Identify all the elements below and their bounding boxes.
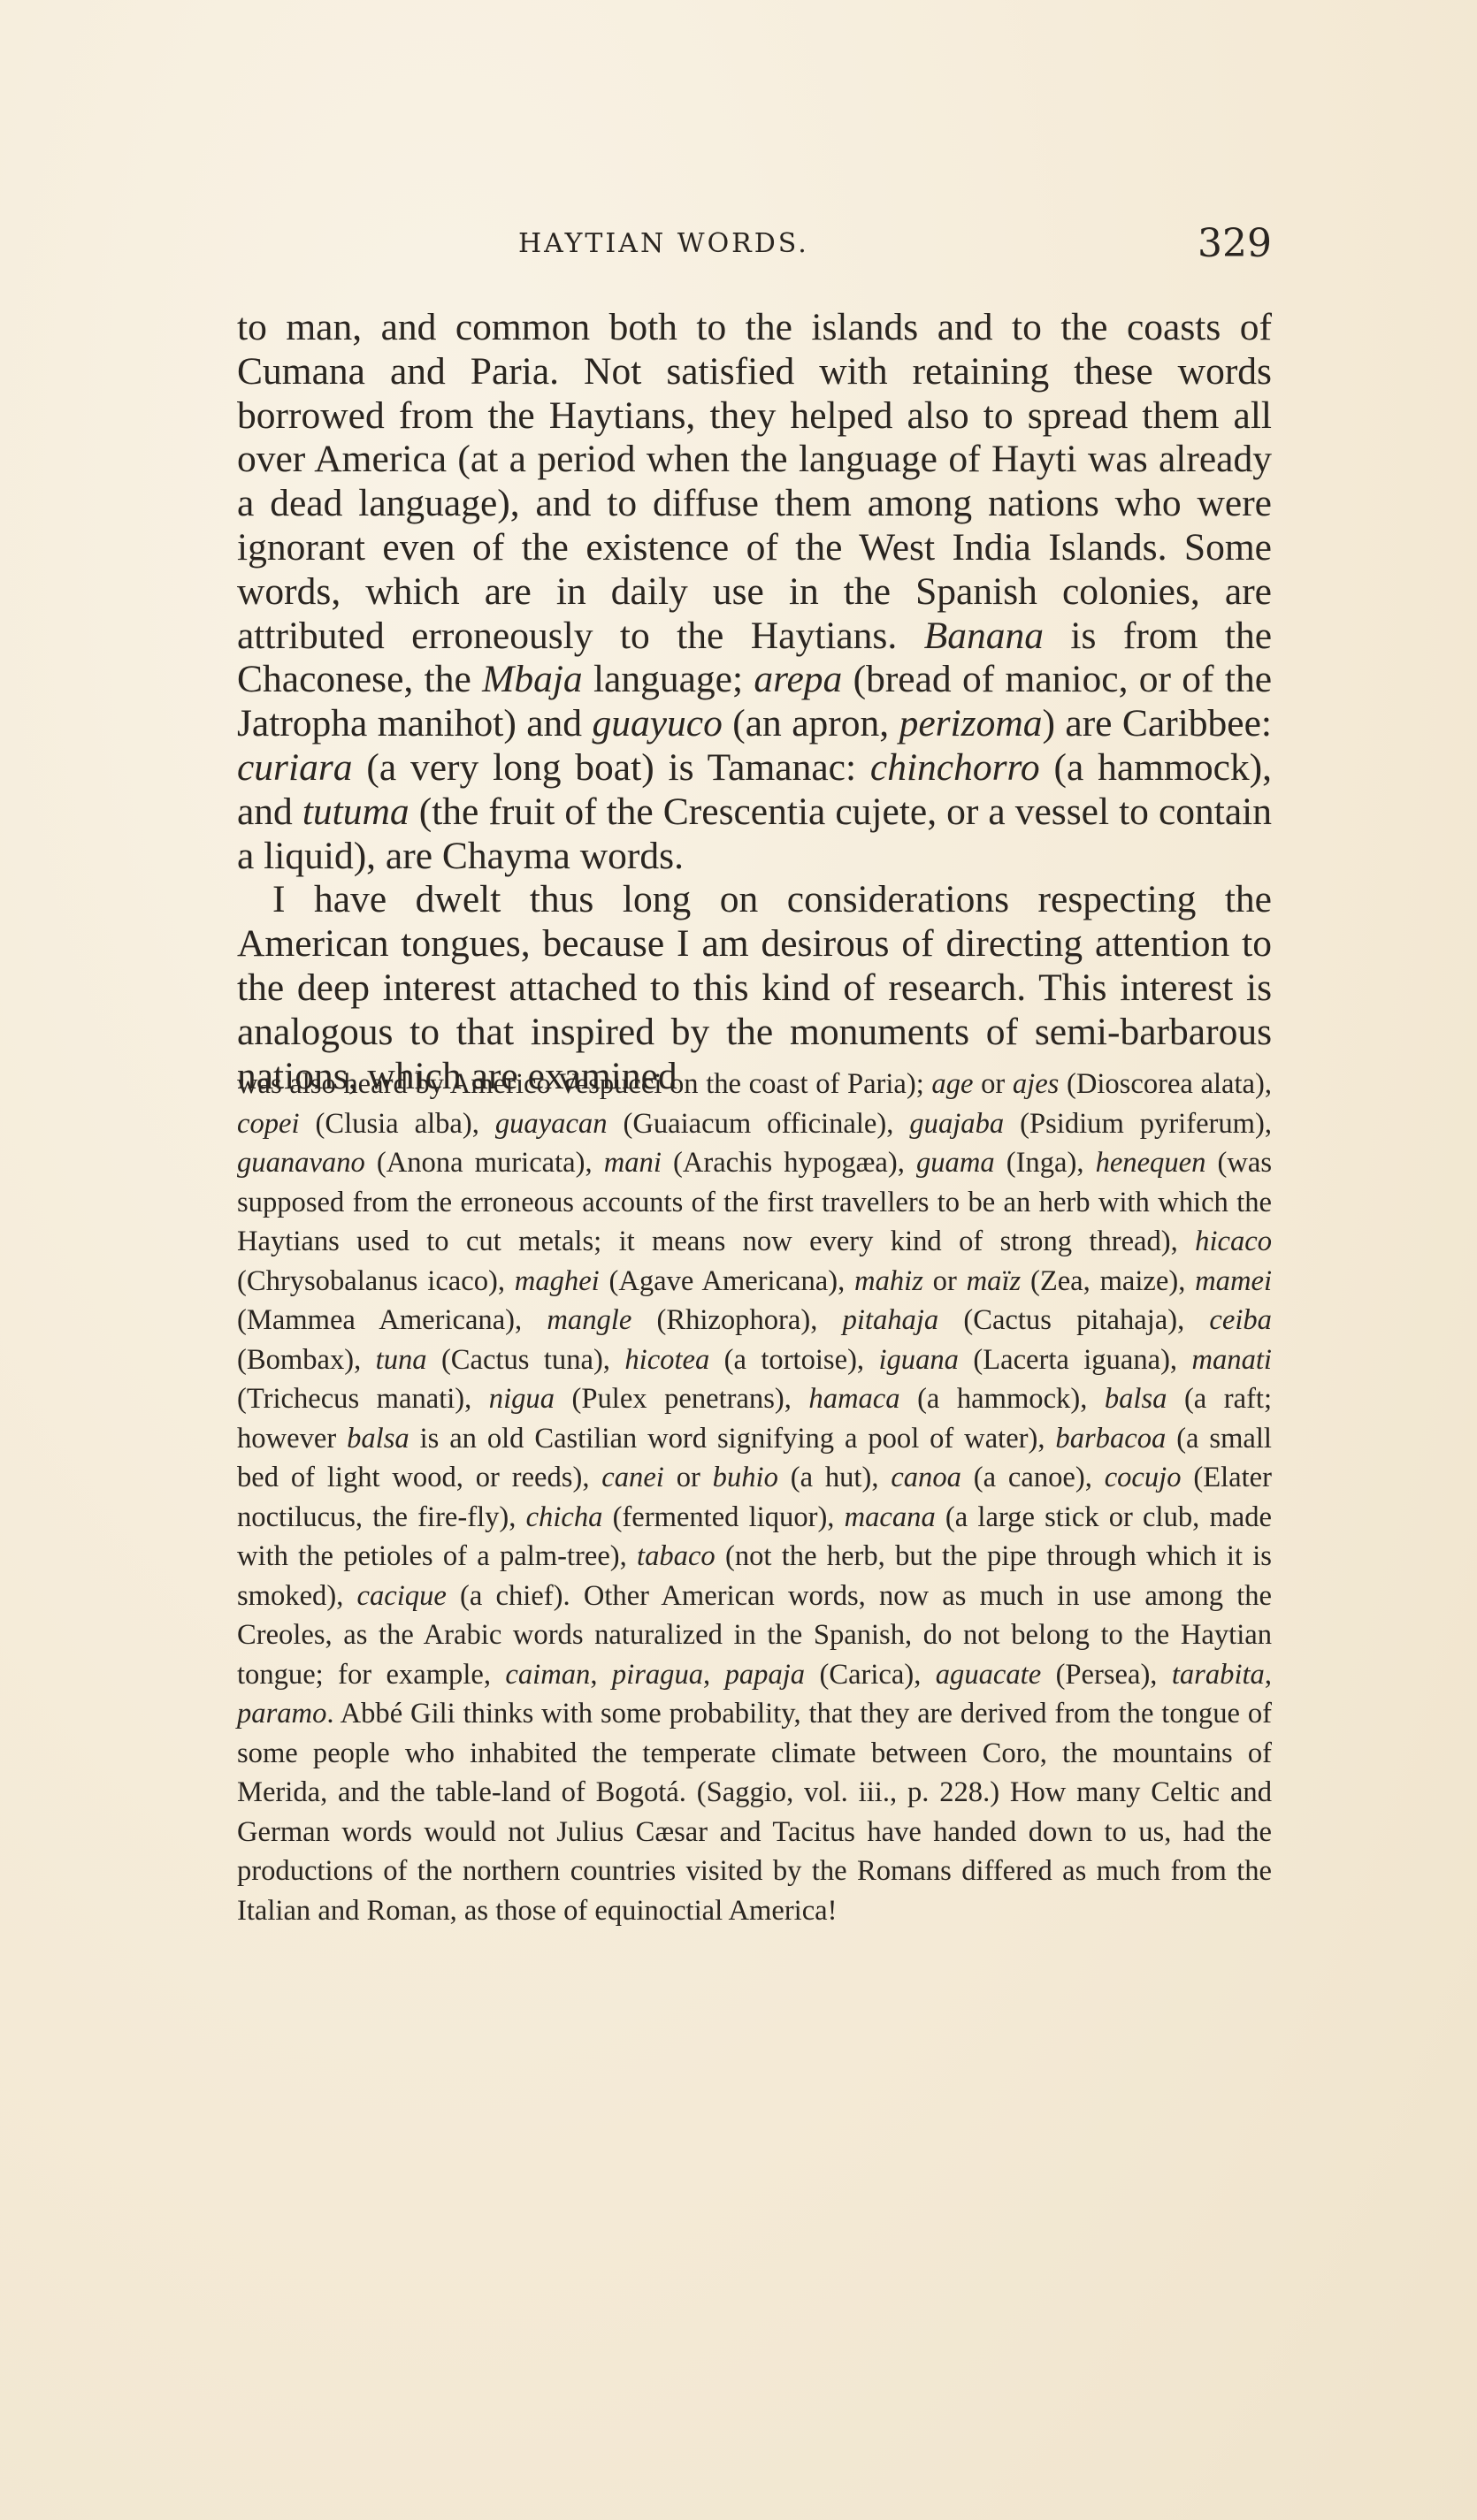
text-run: was also heard by Americo Vespucci on th… (237, 1068, 931, 1100)
italic-term: mamei (1195, 1265, 1272, 1297)
text-run: (Pulex penetrans), (555, 1383, 808, 1415)
text-run: or (973, 1068, 1012, 1100)
main-text: to man, and common both to the islands a… (237, 306, 1272, 1098)
text-run: (Agave Americana), (600, 1265, 854, 1297)
text-run: (Arachis hypogæa), (662, 1147, 916, 1179)
italic-term: curiara (237, 746, 353, 789)
italic-term: Banana (924, 615, 1044, 657)
text-run: (Clusia alba), (300, 1108, 495, 1140)
text-run: (Trichecus manati), (237, 1383, 489, 1415)
text-run: (Chrysobalanus icaco), (237, 1265, 515, 1297)
italic-term: ceiba (1209, 1304, 1272, 1336)
text-run: (Zea, maize), (1021, 1265, 1195, 1297)
italic-term: arepa (754, 658, 842, 700)
italic-term: aguacate (936, 1659, 1041, 1691)
footnote-text: was also heard by Americo Vespucci on th… (237, 1065, 1272, 1930)
text-run: (Guaiacum officinale), (608, 1108, 910, 1140)
italic-term: balsa (347, 1423, 409, 1455)
text-run: (an apron, (723, 702, 899, 745)
italic-term: nigua (489, 1383, 555, 1415)
text-run: ) are Caribbee: (1042, 702, 1272, 745)
italic-term: guajaba (909, 1108, 1004, 1140)
text-run: (Bombax), (237, 1344, 376, 1376)
text-run: . Abbé Gili thinks with some probability… (237, 1698, 1272, 1927)
text-run: , (590, 1659, 612, 1691)
italic-term: mani (604, 1147, 662, 1179)
italic-term: piragua (612, 1659, 703, 1691)
italic-term: caiman (505, 1659, 590, 1691)
text-run: (Inga), (995, 1147, 1096, 1179)
italic-term: paramo (237, 1698, 326, 1730)
text-run: to man, and common both to the islands a… (237, 306, 1272, 657)
italic-term: balsa (1105, 1383, 1167, 1415)
text-run: (Psidium pyriferum), (1004, 1108, 1272, 1140)
italic-term: perizoma (899, 702, 1043, 745)
italic-term: guayacan (495, 1108, 608, 1140)
text-run: (Dioscorea alata), (1059, 1068, 1272, 1100)
italic-term: ajes (1013, 1068, 1059, 1100)
text-run: , (1265, 1659, 1272, 1691)
text-run: (a canoe), (961, 1462, 1105, 1493)
italic-term: barbacoa (1055, 1423, 1166, 1455)
italic-term: henequen (1096, 1147, 1206, 1179)
text-run: (Cactus tuna), (427, 1344, 625, 1376)
text-run: (Carica), (805, 1659, 936, 1691)
italic-term: macana (845, 1501, 936, 1533)
italic-term: guayuco (592, 702, 722, 745)
italic-term: tutuma (302, 790, 409, 833)
italic-term: cacique (357, 1580, 447, 1612)
italic-term: tuna (376, 1344, 427, 1376)
italic-term: hamaca (808, 1383, 899, 1415)
italic-term: chicha (526, 1501, 603, 1533)
italic-term: cocujo (1105, 1462, 1182, 1493)
italic-term: buhio (713, 1462, 778, 1493)
text-run: language; (583, 658, 754, 700)
text-run: (Persea), (1041, 1659, 1172, 1691)
italic-term: mahiz (854, 1265, 923, 1297)
page-number: 329 (1198, 221, 1272, 266)
text-run: (Cactus pitahaja), (938, 1304, 1209, 1336)
footnote: was also heard by Americo Vespucci on th… (237, 1065, 1272, 1930)
italic-term: tarabita (1172, 1659, 1265, 1691)
italic-term: iguana (878, 1344, 959, 1376)
text-run: or (923, 1265, 967, 1297)
italic-term: mangle (547, 1304, 631, 1336)
text-run: (a tortoise), (709, 1344, 878, 1376)
text-run: (Lacerta iguana), (959, 1344, 1192, 1376)
italic-term: maghei (515, 1265, 600, 1297)
italic-term: canoa (891, 1462, 961, 1493)
text-run: (Rhizophora), (631, 1304, 842, 1336)
italic-term: copei (237, 1108, 300, 1140)
text-run: is an old Castilian word signifying a po… (409, 1423, 1056, 1455)
text-run: (a hammock), (900, 1383, 1105, 1415)
italic-term: pitahaja (843, 1304, 939, 1336)
italic-term: tabaco (637, 1540, 716, 1572)
italic-term: hicotea (624, 1344, 709, 1376)
italic-term: canei (601, 1462, 664, 1493)
italic-term: papaja (725, 1659, 806, 1691)
text-run: (fermented liquor), (602, 1501, 844, 1533)
page-header: HAYTIAN WORDS. 329 (237, 228, 1272, 281)
running-title: HAYTIAN WORDS. (518, 228, 809, 259)
text-run: (a very long boat) is Tamanac: (353, 746, 870, 789)
italic-term: Mbaja (482, 658, 583, 700)
italic-term: manati (1191, 1344, 1272, 1376)
italic-term: guanavano (237, 1147, 365, 1179)
text-run: (Anona muricata), (365, 1147, 604, 1179)
italic-term: chinchorro (870, 746, 1040, 789)
italic-term: hicaco (1195, 1226, 1272, 1257)
italic-term: guama (916, 1147, 995, 1179)
italic-term: maïz (967, 1265, 1022, 1297)
text-run: (a hut), (778, 1462, 891, 1493)
paragraph: to man, and common both to the islands a… (237, 306, 1272, 878)
text-run: , (703, 1659, 725, 1691)
text-run: or (664, 1462, 713, 1493)
italic-term: age (931, 1068, 973, 1100)
text-run: (Mammea Americana), (237, 1304, 547, 1336)
